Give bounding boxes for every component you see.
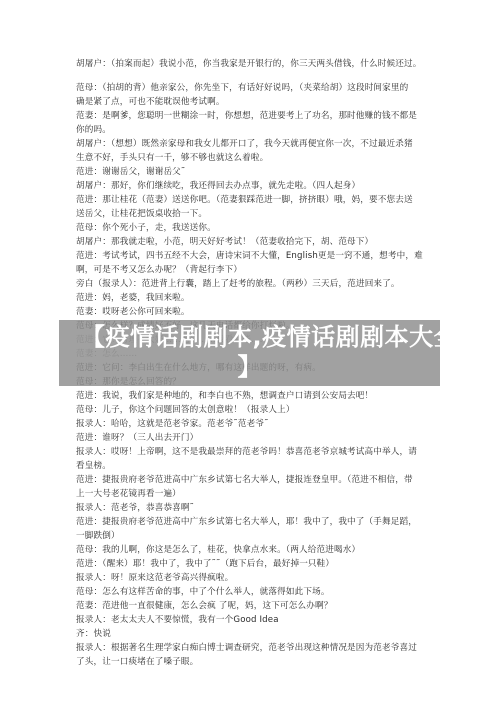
script-line: 范母：我的儿啊，你这是怎么了，桂花，快拿点水来。（两人给范进喝水）: [76, 545, 360, 556]
script-line: 确是紧了点，可也不能耽误他考试啊。: [76, 97, 225, 108]
banner-title-closing-bracket: 】: [59, 352, 440, 382]
script-line: 范进：我说，我们家是种地的，和李白也不熟，想调查户口请到公安局去吧！: [76, 391, 373, 402]
script-line: 范母：你个死小子，走，我送送你。: [76, 223, 216, 234]
script-line: 范进：妈，老婆，我回来啦。: [76, 293, 190, 304]
script-line: 范进：考试考试，四书五经不大会，唐诗宋词不大懂，English更是一窍不通，想考…: [76, 251, 423, 262]
script-line: 生意不好，手头只有一千，够不够也就这么着啦。: [76, 153, 268, 164]
script-line: 范进：（醒来）耶！我中了，我中了˜˜（跑下后台，最好掉一只鞋）: [76, 559, 334, 570]
script-line: 胡屠户：（拍案而起）我说小范，你当我家是开银行的，你三天两头借钱，什么时候还过。: [76, 59, 421, 70]
script-line: 范母：怎么有这样苦命的事，中了个什么举人，就落得如此下场。: [76, 587, 330, 598]
script-line: 范进：谢谢岳父，谢谢岳父˜: [76, 167, 185, 178]
script-line: 报录人：根据著名生理学家白痴白博士调查研究，范老爷出现这种情况是因为范老爷喜过: [76, 643, 417, 654]
script-line: 胡屠户：那好，你们继续吃，我还得回去办点事，就先走啦。（四人起身）: [76, 181, 360, 192]
script-line: 你的吗。: [76, 125, 111, 136]
script-line: 范进：捷报贵府老爷范进高中广东乡试第七名大举人，耶！我中了，我中了（手舞足蹈，: [76, 517, 417, 528]
script-line: 上一大号老花镜再看一遍）: [76, 489, 181, 500]
script-line: 报录人：哎呀！上帝啊，这不是我最崇拜的范老爷吗！恭喜范老爷京城考试高中举人，请: [76, 447, 417, 458]
script-line: 一脚跌倒）: [76, 531, 120, 542]
banner-title: 【疫情话剧剧本,疫情话剧剧本大全: [59, 322, 440, 352]
script-line: 范进：捷报贵府老爷范进高中广东乡试第七名大举人，捷报连登皇甲。（范进不相信，带: [76, 475, 413, 486]
script-line: 齐：快说: [76, 629, 111, 640]
script-line: 报录人：哈哈，这就是范老爷家。范老爷˜范老爷˜: [76, 419, 269, 430]
script-line: 范进：那让桂花（范妻）送送你吧。（范妻狠踩范进一脚，挤挤眼）哦，妈，要不您去送: [76, 195, 413, 206]
script-line: 了头，让一口痰堵在了嗓子眼。: [76, 657, 198, 668]
script-line: 范妻：哎呀老公你可回来啦。: [76, 307, 190, 318]
script-line: 范进：谁呀？（三人出去开门）: [76, 433, 198, 444]
script-line: 送岳父，让桂花把饭桌收拾一下。: [76, 209, 207, 220]
script-line: 啊，可是不考又怎么办呢？（背起行李下）: [76, 265, 242, 276]
script-line: 报录人：范老爷，恭喜恭喜啊˜: [76, 503, 194, 514]
script-line: 旁白（报录人）：范进背上行囊，踏上了赶考的旅程。（两秒）三天后，范进回来了。: [76, 279, 400, 290]
script-line: 范妻：范进他一直很健康，怎么会疯 了呢，妈，这下可怎么办啊？: [76, 601, 332, 612]
script-line: 胡屠户：那我就走啦，小范，明天好好考试！（范妻收拾完下，胡、范母下）: [76, 237, 373, 248]
script-line: 胡屠户：（想想）既然亲家母和我女儿都开口了，我今天就再便宜你一次，不过最近杀猪: [76, 139, 413, 150]
script-line: 范母：（拍胡的背）他亲家公，你先坐下，有话好好说吗，（夹菜给胡）这段时间家里的: [76, 83, 408, 94]
script-line: 范妻：是啊爹，您聪明一世糊涂一时，你想想，范进要考上了功名，那时他赚的钱不都是: [76, 111, 417, 122]
script-line: 范母：儿子，你这个问题回答的太创意啦！（报录人上）: [76, 405, 295, 416]
script-line: 报录人：呀！原来这范老爷高兴得疯啦。: [76, 573, 233, 584]
script-line: 看皇榜。: [76, 461, 111, 472]
script-line: 报录人：老太太夫人不要惊慌，我有一个Good Idea: [76, 615, 279, 626]
